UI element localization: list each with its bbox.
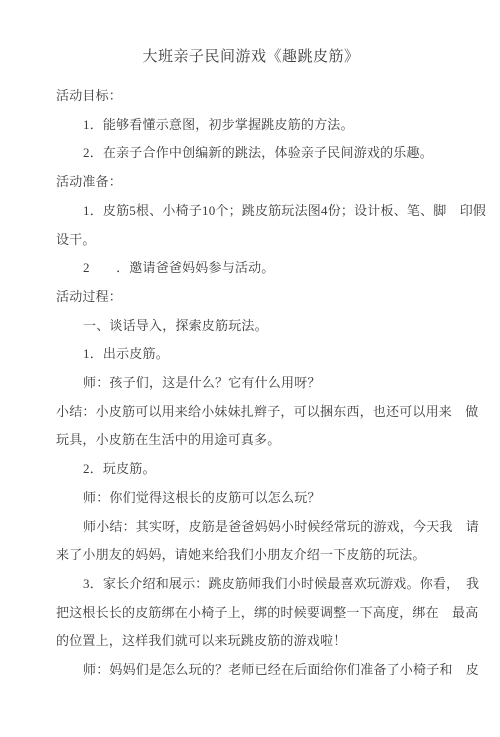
text-line-teacher-question-3: 师：妈妈们是怎么玩的？老师已经在后面给你们准备了小椅子和 皮	[56, 656, 456, 685]
document-page: 大班亲子民间游戏《趣跳皮筋》 活动目标： 1．能够看懂示意图，初步掌握跳皮筋的方…	[0, 0, 500, 737]
document-body: 活动目标： 1．能够看懂示意图，初步掌握跳皮筋的方法。 2．在亲子合作中创编新的…	[56, 82, 456, 685]
text-line-teacher-question-1: 师：孩子们，这是什么？它有什么用呀？	[56, 369, 456, 398]
text-line-teacher-question-2: 师：你们觉得这根长的皮筋可以怎么玩？	[56, 484, 456, 513]
text-line-prep-heading: 活动准备：	[56, 168, 456, 197]
text-line-parent-intro-cont1: 把这根长长的皮筋绑在小椅子上，绑的时候要调整一下高度，绑在 最高	[56, 599, 456, 628]
text-line-process-step-1: 一、谈话导入，探索皮筋玩法。	[56, 312, 456, 341]
text-line-goal-1: 1．能够看懂示意图，初步掌握跳皮筋的方法。	[56, 111, 456, 140]
text-line-prep-1-cont: 设干。	[56, 226, 456, 255]
text-line-play-rope: 2．玩皮筋。	[56, 455, 456, 484]
text-line-summary-1-cont: 玩具，小皮筋在生活中的用途可真多。	[56, 426, 456, 455]
text-line-teacher-summary: 师小结：其实呀，皮筋是爸爸妈妈小时候经常玩的游戏，今天我 请	[56, 513, 456, 542]
text-line-summary-1: 小结：小皮筋可以用来给小妹妹扎辫子，可以捆东西，也还可以用来 做	[56, 398, 456, 427]
text-line-prep-1: 1．皮筋5根、小椅子10个；跳皮筋玩法图4份；设计板、笔、脚 印假	[56, 197, 456, 226]
text-line-goal-2: 2．在亲子合作中创编新的跳法，体验亲子民间游戏的乐趣。	[56, 139, 456, 168]
text-line-teacher-summary-cont: 来了小朋友的妈妈，请她来给我们小朋友介绍一下皮筋的玩法。	[56, 541, 456, 570]
text-line-prep-2: 2 ．邀请爸爸妈妈参与活动。	[56, 254, 456, 283]
text-line-parent-intro-cont2: 的位置上，这样我们就可以来玩跳皮筋的游戏啦！	[56, 627, 456, 656]
text-line-parent-intro: 3．家长介绍和展示：跳皮筋师我们小时候最喜欢玩游戏。你看， 我	[56, 570, 456, 599]
text-line-process-heading: 活动过程：	[56, 283, 456, 312]
text-line-show-rope: 1．出示皮筋。	[56, 340, 456, 369]
text-line-goals-heading: 活动目标：	[56, 82, 456, 111]
document-title: 大班亲子民间游戏《趣跳皮筋》	[46, 46, 456, 68]
